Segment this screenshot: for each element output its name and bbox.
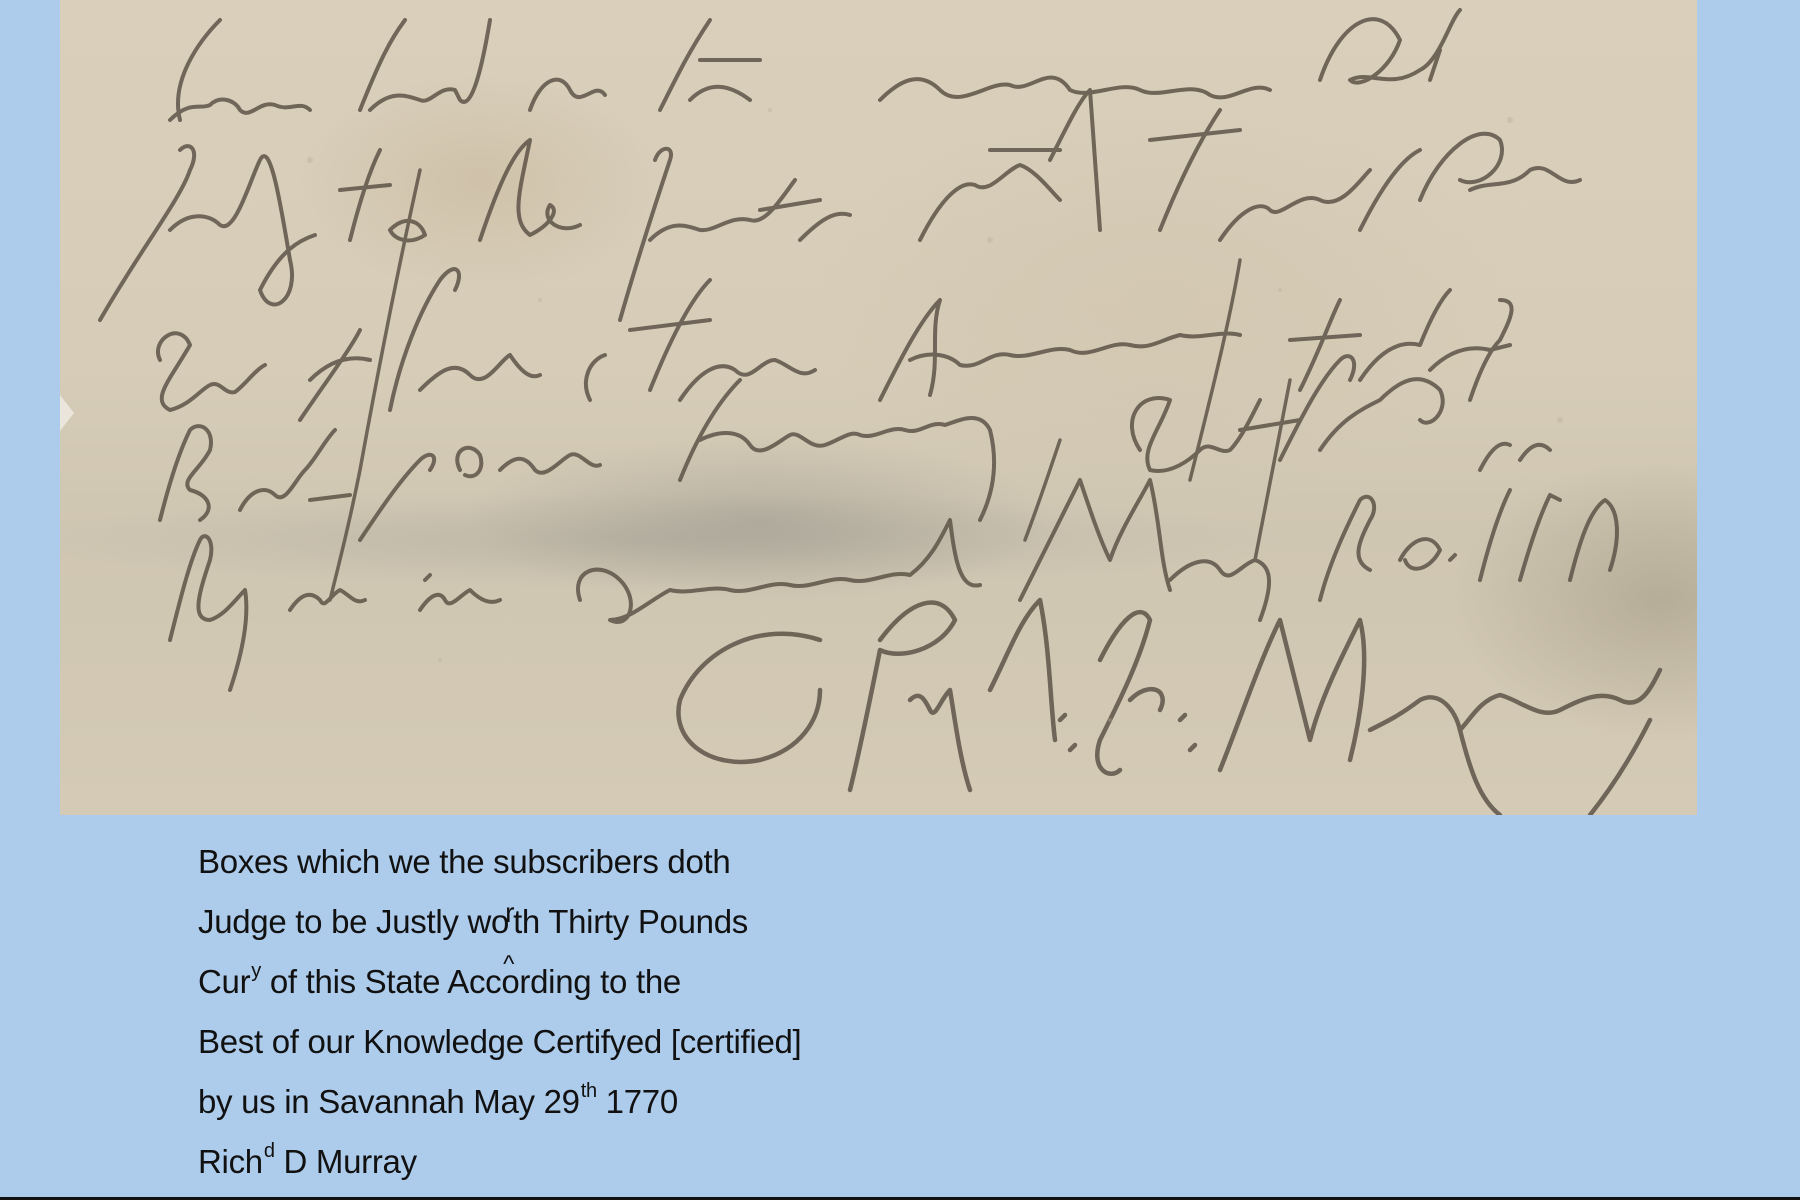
handwriting-strokes: [60, 0, 1697, 815]
inserted-letter: r: [505, 899, 514, 927]
line-text-before: by us in Savannah May 29: [198, 1083, 580, 1120]
transcription-text: Boxes which we the subscribers doth Judg…: [198, 832, 801, 1192]
manuscript-image: [60, 0, 1697, 815]
line-text-after: th Thirty Pounds: [513, 903, 748, 940]
line-text-after: of this State According to the: [261, 963, 681, 1000]
line-text-before: Judge to be Justly wo: [198, 903, 509, 940]
line-text-before: Rich: [198, 1143, 263, 1180]
transcription-line-1: Boxes which we the subscribers doth: [198, 832, 801, 892]
line-text-after: D Murray: [275, 1143, 417, 1180]
superscript: d: [264, 1140, 275, 1162]
line-text-after: 1770: [597, 1083, 678, 1120]
transcription-line-4: Best of our Knowledge Certifyed [certifi…: [198, 1012, 801, 1072]
transcription-line-5: by us in Savannah May 29th 1770: [198, 1072, 801, 1132]
superscript: y: [251, 960, 261, 982]
line-text: Boxes which we the subscribers doth: [198, 843, 730, 880]
transcription-line-6: Richd D Murray: [198, 1132, 801, 1192]
transcription-line-3: Cury of this State According to the: [198, 952, 801, 1012]
line-text: Best of our Knowledge Certifyed [certifi…: [198, 1023, 801, 1060]
transcription-line-2: Judge to be Justly wor^th Thirty Pounds: [198, 892, 801, 952]
superscript: th: [581, 1080, 597, 1102]
line-text-before: Cur: [198, 963, 250, 1000]
